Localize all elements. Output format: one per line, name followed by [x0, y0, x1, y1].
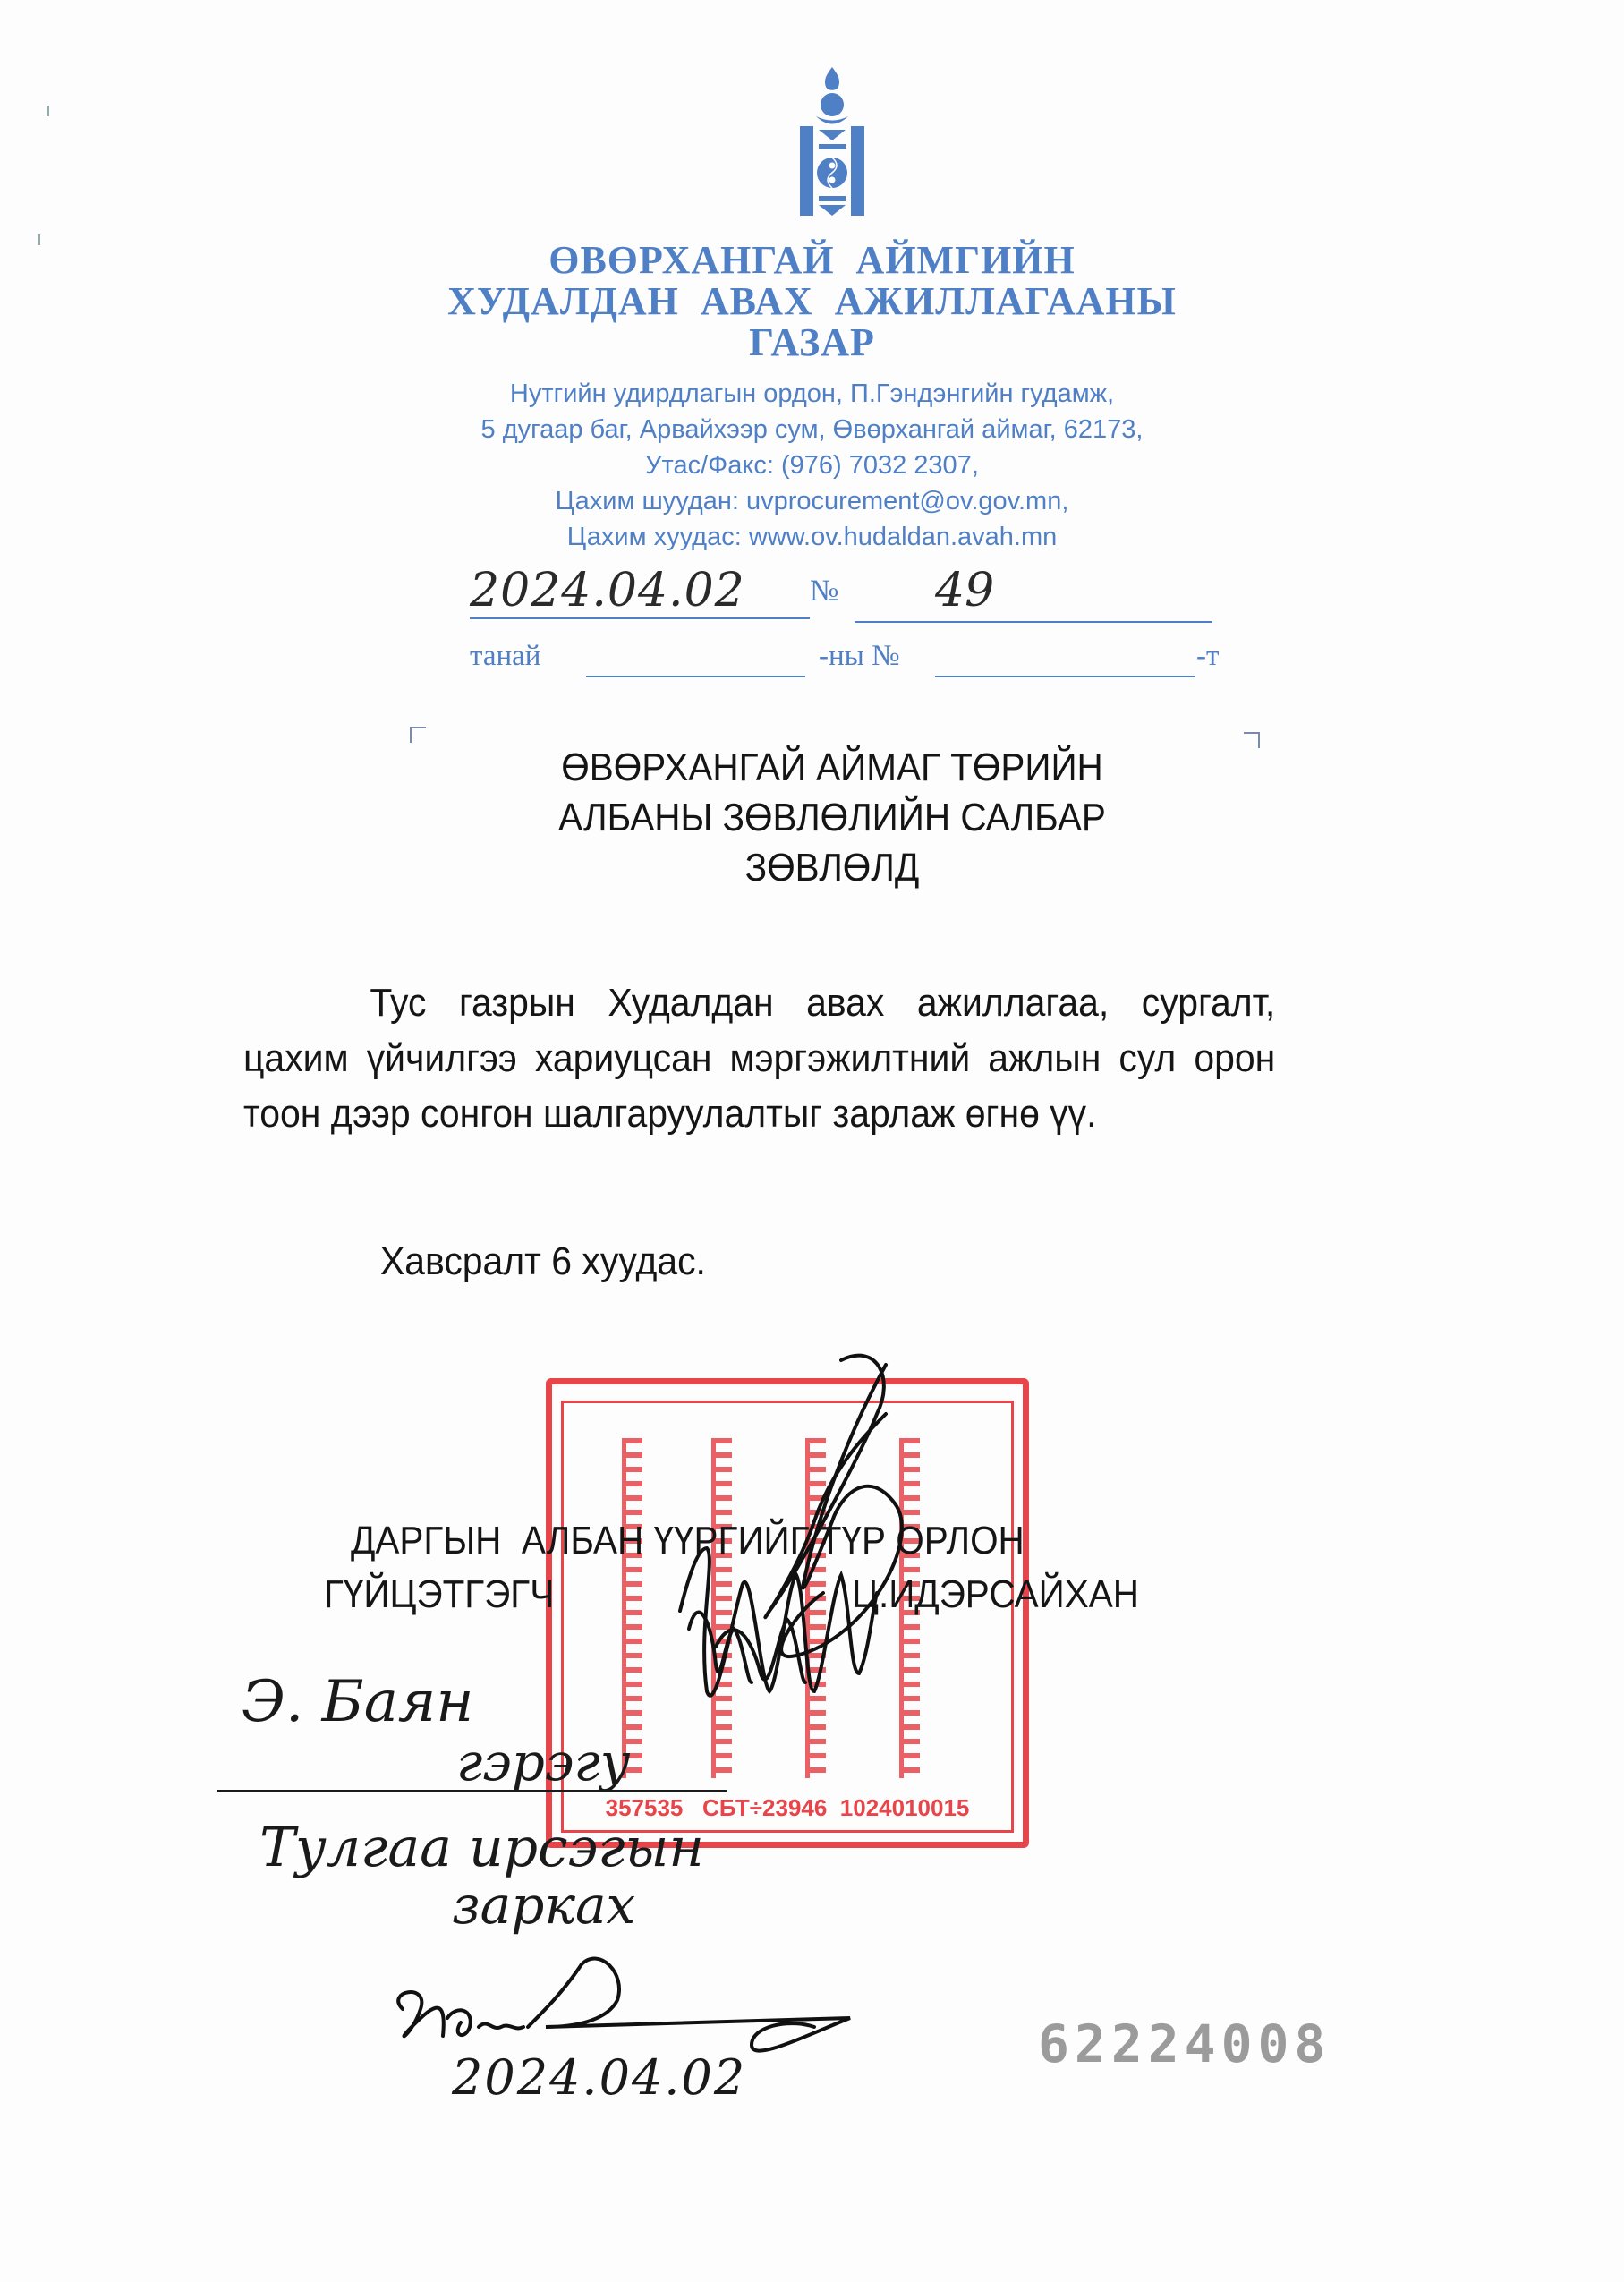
address-line: Нутгийн удирдлагын ордон, П.Гэндэнгийн г… [268, 376, 1356, 412]
approval-signature [376, 1955, 877, 2063]
address-line: Цахим хуудас: www.ov.hudaldan.avah.mn [268, 519, 1356, 555]
recipient-line: ӨВӨРХАНГАЙ АЙМАГ ТӨРИЙН [429, 743, 1236, 793]
of-number-label: -ны № [819, 640, 900, 673]
recipient-line: АЛБАНЫ ЗӨВЛӨЛИЙН САЛБАР [429, 793, 1236, 843]
seal-mongolian-script [622, 1438, 642, 1778]
recipient-line: ЗӨВЛӨЛД [429, 843, 1236, 893]
your-label: танай [470, 640, 540, 673]
handwritten-rule [217, 1790, 727, 1792]
org-name-line: ХУДАЛДАН АВАХ АЖИЛЛАГААНЫ [268, 281, 1356, 322]
approval-date: 2024.04.02 [452, 2049, 746, 2106]
organization-address: Нутгийн удирдлагын ордон, П.Гэндэнгийн г… [268, 376, 1356, 555]
number-label: № [810, 575, 838, 609]
letter-body: Тус газрын Худалдан авах ажиллагаа, сург… [243, 975, 1275, 1142]
suffix-label: -т [1196, 640, 1219, 673]
handwritten-note: Тулгаа ирсэгын [259, 1817, 704, 1879]
address-line: Цахим шуудан: uvprocurement@ov.gov.mn, [268, 483, 1356, 519]
org-name-line: ГАЗАР [268, 322, 1356, 363]
soyombo-emblem-icon [796, 67, 868, 219]
scan-artifact [47, 106, 49, 116]
handwritten-note: Э. Баян [242, 1669, 473, 1735]
reply-number-blank [935, 640, 1195, 677]
body-paragraph: Тус газрын Худалдан авах ажиллагаа, сург… [243, 975, 1275, 1142]
serial-number-stamp: 62224008 [1038, 2014, 1331, 2074]
address-corner-mark [1244, 732, 1260, 748]
letter-date: 2024.04.02 [470, 564, 810, 619]
director-signature [662, 1342, 984, 1772]
signatory-title-cont: ГҮЙЦЭТГЭГЧ [324, 1572, 554, 1617]
address-line: 5 дугаар баг, Арвайхээр сум, Өвөрхангай … [268, 412, 1356, 447]
reply-date-blank [586, 640, 805, 677]
address-line: Утас/Факс: (976) 7032 2307, [268, 447, 1356, 483]
letter-number: 49 [855, 564, 1212, 623]
org-name-line: ӨВӨРХАНГАЙ АЙМГИЙН [268, 240, 1356, 281]
reference-row: 2024.04.02 № 49 [470, 564, 1212, 626]
handwritten-note: зарках [452, 1875, 635, 1936]
recipient-block: ӨВӨРХАНГАЙ АЙМАГ ТӨРИЙН АЛБАНЫ ЗӨВЛӨЛИЙН… [429, 743, 1236, 893]
reply-reference-row: танай -ны № -т [470, 640, 1212, 685]
handwritten-note: гэрэгу [456, 1732, 630, 1792]
scan-artifact [38, 234, 40, 245]
address-corner-mark [410, 727, 426, 743]
attachment-note: Хавсралт 6 хуудас. [380, 1239, 706, 1284]
organization-name: ӨВӨРХАНГАЙ АЙМГИЙН ХУДАЛДАН АВАХ АЖИЛЛАГ… [268, 240, 1356, 363]
